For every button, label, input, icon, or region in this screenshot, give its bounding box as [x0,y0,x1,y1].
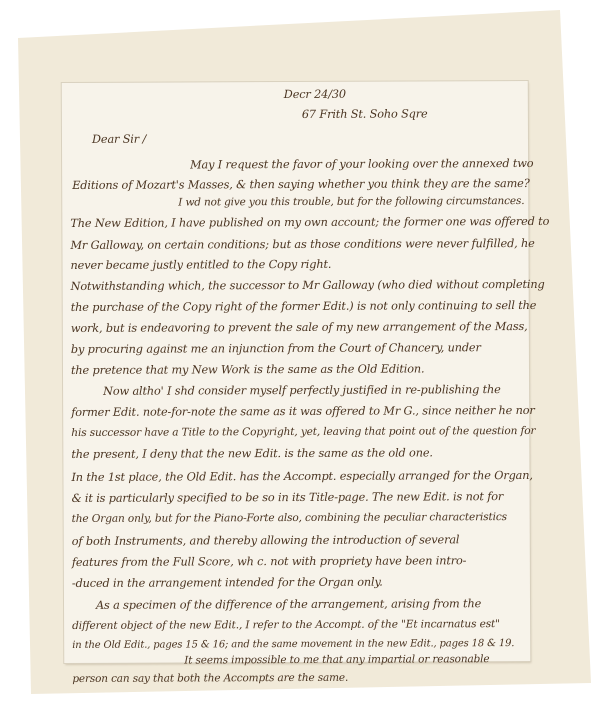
letter-line: Now altho' I shd consider myself perfect… [103,379,501,402]
letter-line: former Edit. note-for-note the same as i… [71,400,535,423]
letter-line: As a specimen of the difference of the a… [96,593,481,616]
letter-line: the Organ only, but for the Piano-Forte … [72,507,507,530]
letter-line: the present, I deny that the new Edit. i… [71,442,433,465]
letter-line: of both Instruments, and thereby allowin… [72,529,460,552]
letter-address: 67 Frith St. Soho Sqre [302,103,428,125]
letter-line: & it is particularly specified to be so … [72,486,504,509]
letter-line: In the 1st place, the Old Edit. has the … [71,465,532,488]
letter-line: by procuring against me an injunction fr… [71,337,481,360]
letter-line: the pretence that my New Work is the sam… [71,358,425,381]
letter-date: Decr 24/30 [284,84,346,106]
letter-line: the purchase of the Copy right of the fo… [71,295,537,318]
letter-line: The New Edition, I have published on my … [70,211,549,234]
letter-line: Notwithstanding which, the successor to … [71,274,545,297]
letter-line: person can say that both the Accompts ar… [72,668,348,691]
handwritten-letter: Decr 24/30 67 Frith St. Soho Sqre Dear S… [62,81,531,663]
letter-line: his successor have a Title to the Copyri… [71,421,535,444]
document-mount: Decr 24/30 67 Frith St. Soho Sqre Dear S… [0,0,600,703]
letter-line: work, but is endeavoring to prevent the … [71,316,528,339]
letter-salutation: Dear Sir / [92,129,146,151]
letter-line: Mr Galloway, on certain conditions; but … [70,233,534,256]
letter-line: features from the Full Score, wh c. not … [72,550,467,573]
letter-line: never became justly entitled to the Copy… [70,254,331,277]
letter-line: -duced in the arrangement intended for t… [72,572,383,595]
